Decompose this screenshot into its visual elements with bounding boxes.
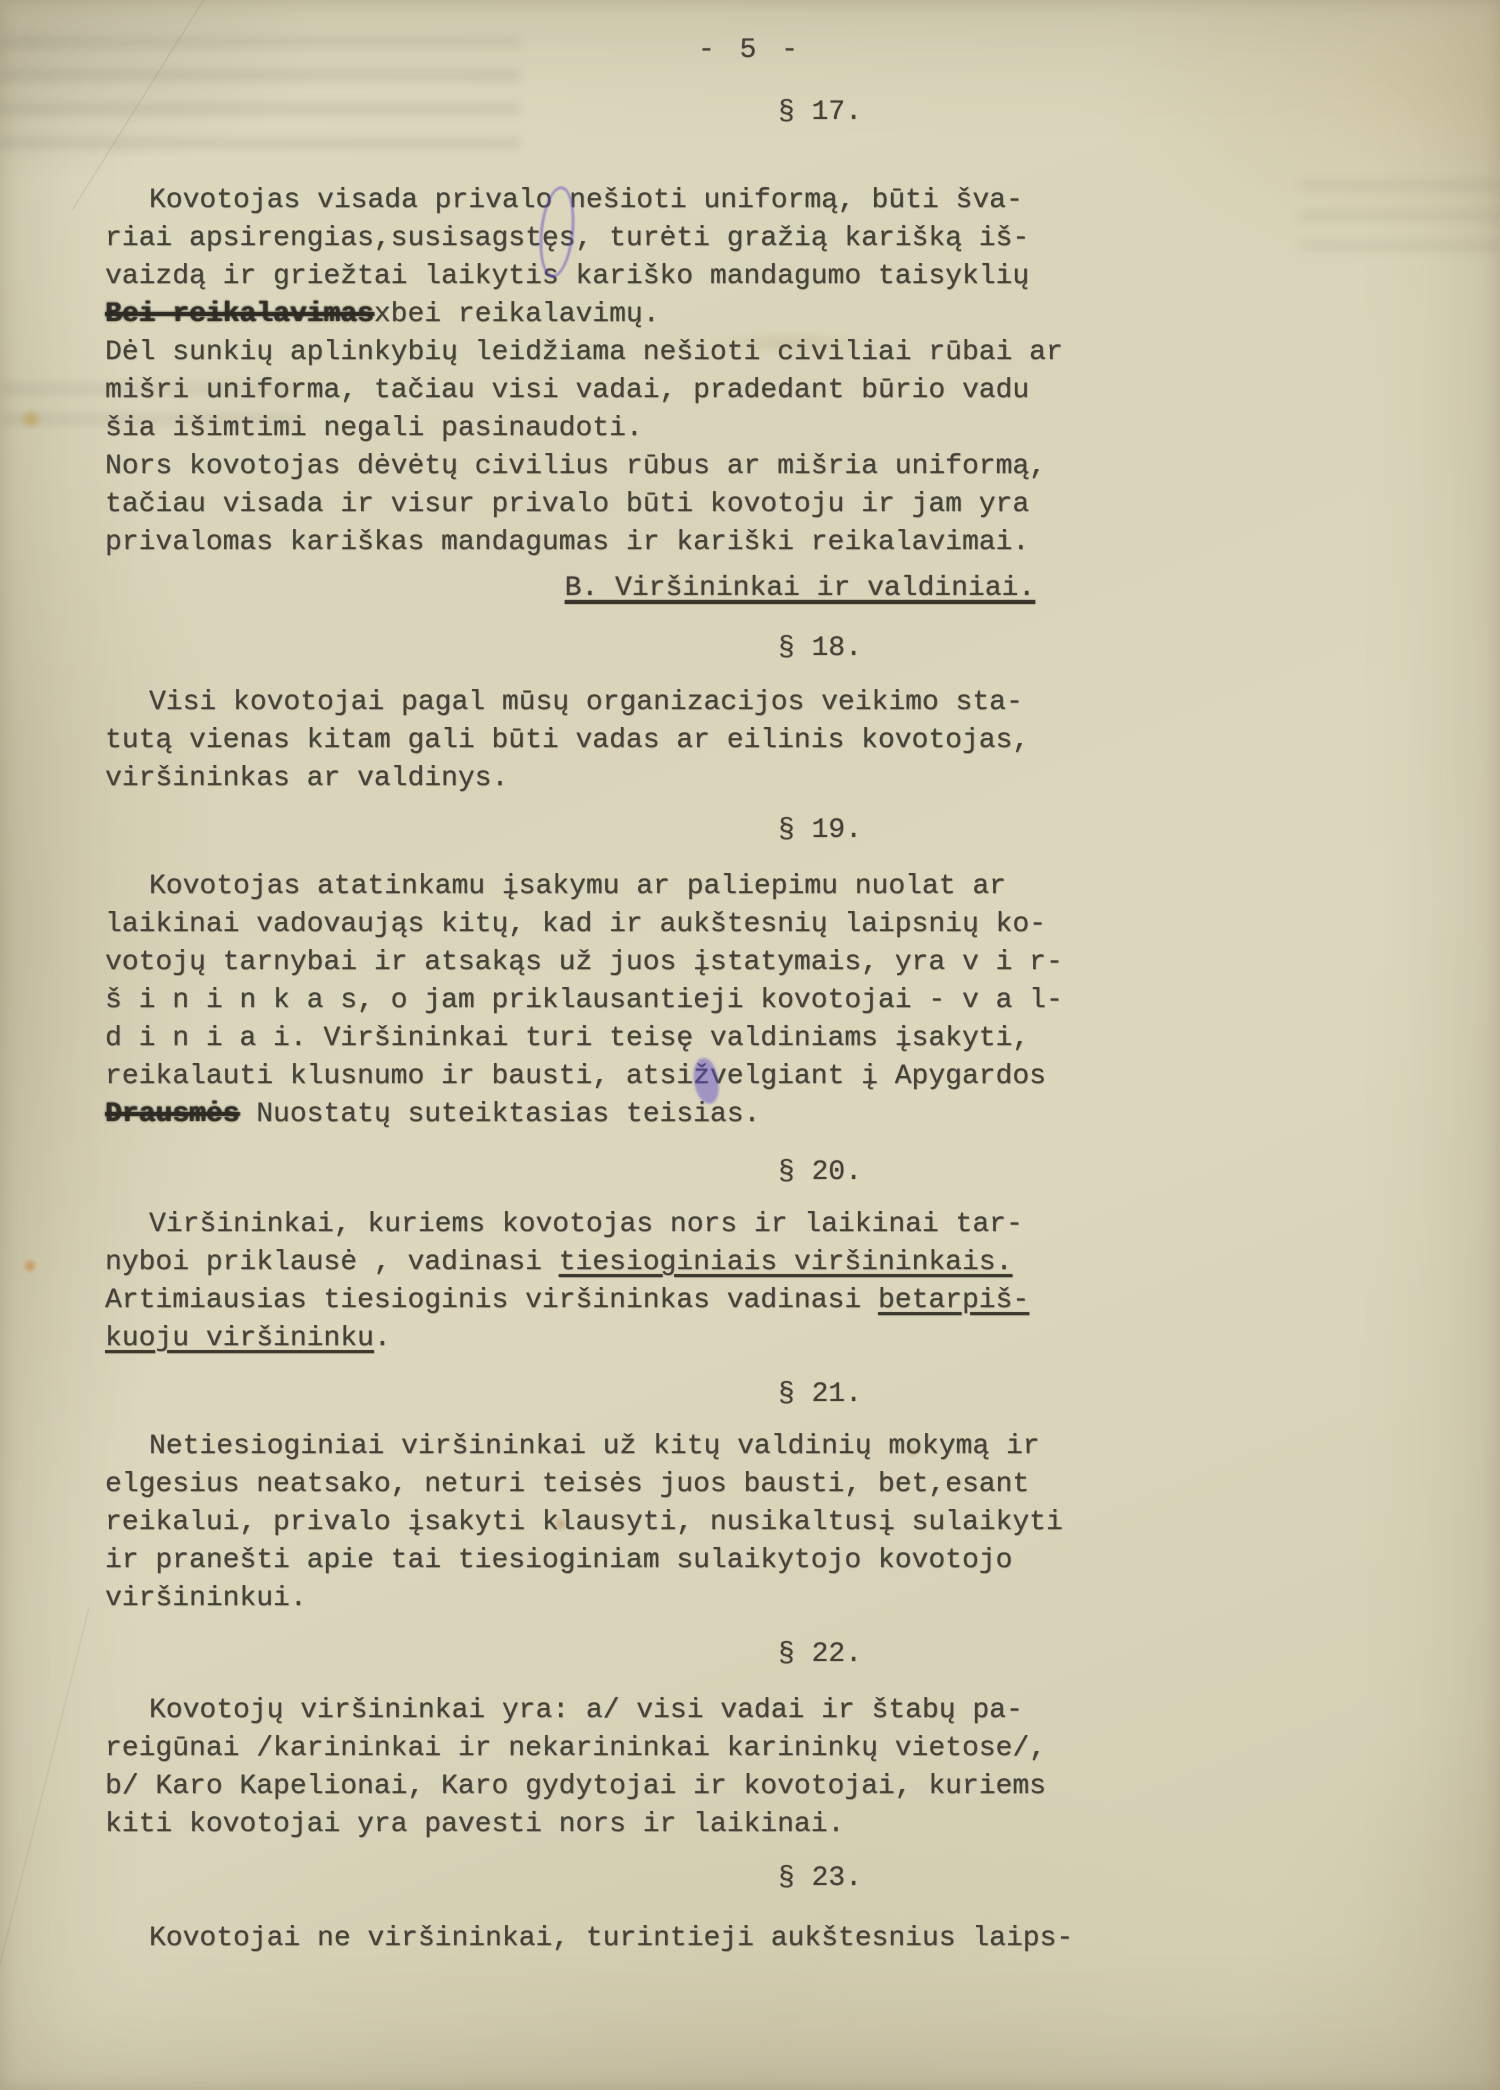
section-19-paragraph-last-line: Drausmės Nuostatų suteiktasias teisias. [105,1096,1445,1134]
section-22-paragraph: Kovotojų viršininkai yra: a/ visi vadai … [105,1692,1445,1844]
strikethrough-overtyped-word: Drausmės [105,1099,239,1130]
section-20-line-3: Artimiausias tiesioginis viršininkas vad… [105,1282,1445,1320]
chapter-b-heading: B. Viršininkai ir valdiniai. [130,570,1470,608]
section-20-heading: § 20. [150,1154,1490,1192]
section-17-paragraph-2: Dėl sunkių aplinkybių leidžiama nešioti … [105,334,1445,448]
strikethrough-overtyped-text: Bei reikalavimas [105,299,374,330]
section-20-line-1: Viršininkai, kuriems kovotojas nors ir l… [105,1206,1445,1244]
line-4-period: . [374,1323,391,1354]
section-22-heading: § 22. [150,1636,1490,1674]
section-20-line-4: kuoju viršininku. [105,1320,1445,1358]
section-21-heading: § 21. [150,1376,1490,1414]
page-number: - 5 - [0,32,1500,70]
underlined-term: kuoju viršininku [105,1323,374,1354]
typewritten-text-block: - 5 - § 17. Kovotojas visada privalo neš… [0,0,1500,1958]
line-2-plain-text: nyboi priklausė , vadinasi [105,1247,559,1278]
section-19-heading: § 19. [150,812,1490,850]
section-17-heading: § 17. [150,94,1490,132]
text-after-strike: Nuostatų suteiktasias teisias. [239,1099,760,1130]
section-21-paragraph: Netiesioginiai viršininkai už kitų valdi… [105,1428,1445,1618]
section-17-paragraph-1: Kovotojas visada privalo nešioti uniform… [105,182,1445,296]
scanned-document-page: - 5 - § 17. Kovotojas visada privalo neš… [0,0,1500,2090]
section-19-paragraph: Kovotojas atatinkamu įsakymu ar paliepim… [105,868,1445,1096]
section-23-paragraph: Kovotojai ne viršininkai, turintieji auk… [105,1920,1445,1958]
section-23-heading: § 23. [150,1860,1490,1898]
section-17-paragraph-3: Nors kovotojas dėvėtų civilius rūbus ar … [105,448,1445,562]
section-18-heading: § 18. [150,630,1490,668]
section-18-paragraph: Visi kovotojai pagal mūsų organizacijos … [105,684,1445,798]
underlined-term: tiesioginiais viršininkais. [559,1247,1013,1278]
chapter-b-heading-text: B. Viršininkai ir valdiniai. [565,573,1035,604]
section-17-paragraph-1-line-4: Bei reikalavimasxbei reikalavimų. [105,296,1445,334]
text-after-strike: xbei reikalavimų. [374,299,660,330]
underlined-term: betarpiš- [878,1285,1029,1316]
line-3-plain-text: Artimiausias tiesioginis viršininkas vad… [105,1285,878,1316]
section-20-line-2: nyboi priklausė , vadinasi tiesioginiais… [105,1244,1445,1282]
